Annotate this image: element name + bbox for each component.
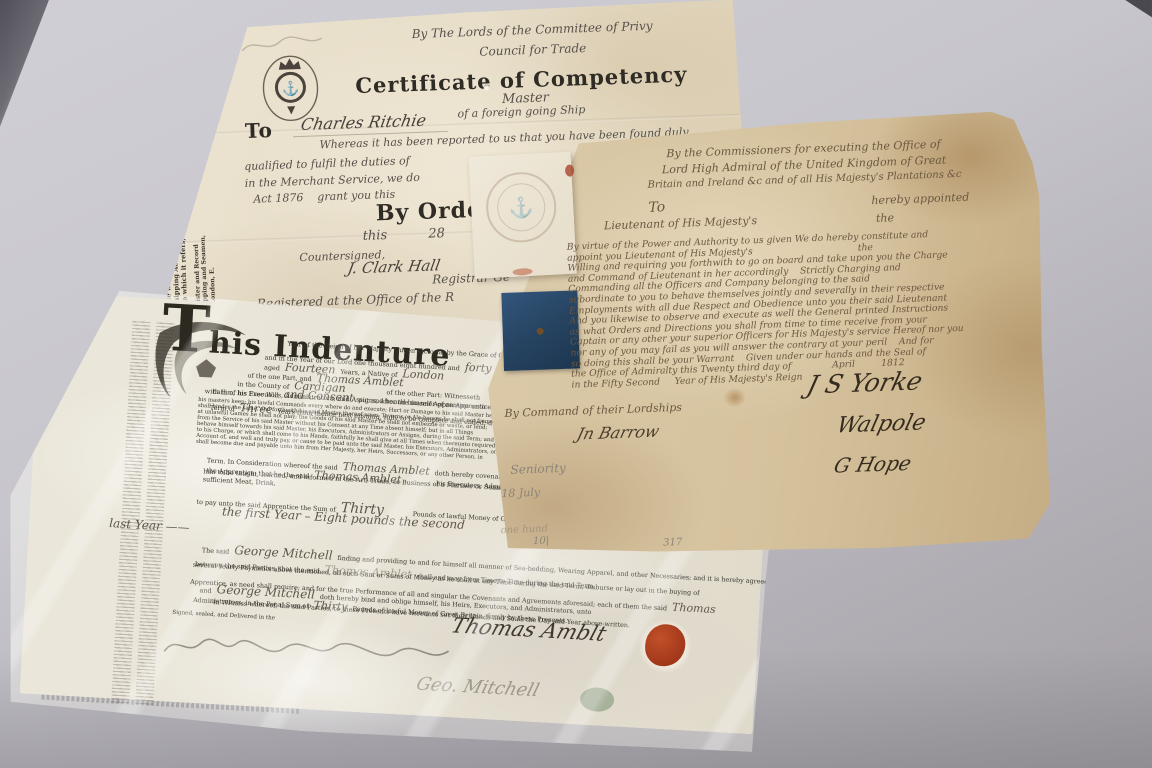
commission-to-flourish: To [648,199,665,216]
secretary-signature-barrow: Jn Barrow [575,422,661,444]
pencil-amount-note: one hund [500,524,548,537]
certificate-date-line: this 28 [362,226,445,244]
certificate-body-line4: Act 1876 grant you this [253,188,395,206]
pencil-number-note: 10| [533,536,549,548]
emboss-anchor-mark: ⚓ [496,182,546,232]
certificate-grade-sub: of a foreign going Ship [457,103,585,120]
certificate-header-line2: Council for Trade [385,38,680,62]
certificate-to-label: To [245,118,274,143]
patch-center-mark [537,328,544,335]
certificate-body-line2: qualified to fulfil the duties of [244,154,410,173]
board-of-trade-crest: ⚓ [258,50,322,124]
emboss-outer-ring: ⚓ [484,171,558,245]
margin-dated: Dated this 8th day of April [188,106,213,199]
certificate-countersignature: J. Clark Hall [346,256,441,277]
pencil-ref-note: 317 [663,537,682,549]
lord-signature-yorke: J S Yorke [804,366,926,399]
handwritten-thomas: Thomas [667,600,721,616]
commission-body-text: By virtue of the Power and Authority to … [567,226,1050,391]
photo-of-three-antique-documents: ⚓ In accordance with the provisions of S… [0,0,1152,768]
svg-text:⚓: ⚓ [282,80,300,98]
dark-corner-object [0,0,64,142]
admiralty-commission-document: ⚓ By the Commissioners for executing the… [471,110,1052,561]
pencil-seniority-note: Seniority [510,461,566,477]
red-wax-smear [512,268,532,276]
dark-corner-sliver [1116,0,1152,20]
pencil-date-note: 18 July [501,486,540,500]
certificate-recipient-name: Charles Ritchie [293,110,452,138]
commission-rank-line-end: the [876,211,894,225]
lord-signature-walpole: Walpole [834,410,928,438]
embossed-paper-seal: ⚓ [469,152,577,279]
lord-signature-hope: G Hope [832,451,914,478]
